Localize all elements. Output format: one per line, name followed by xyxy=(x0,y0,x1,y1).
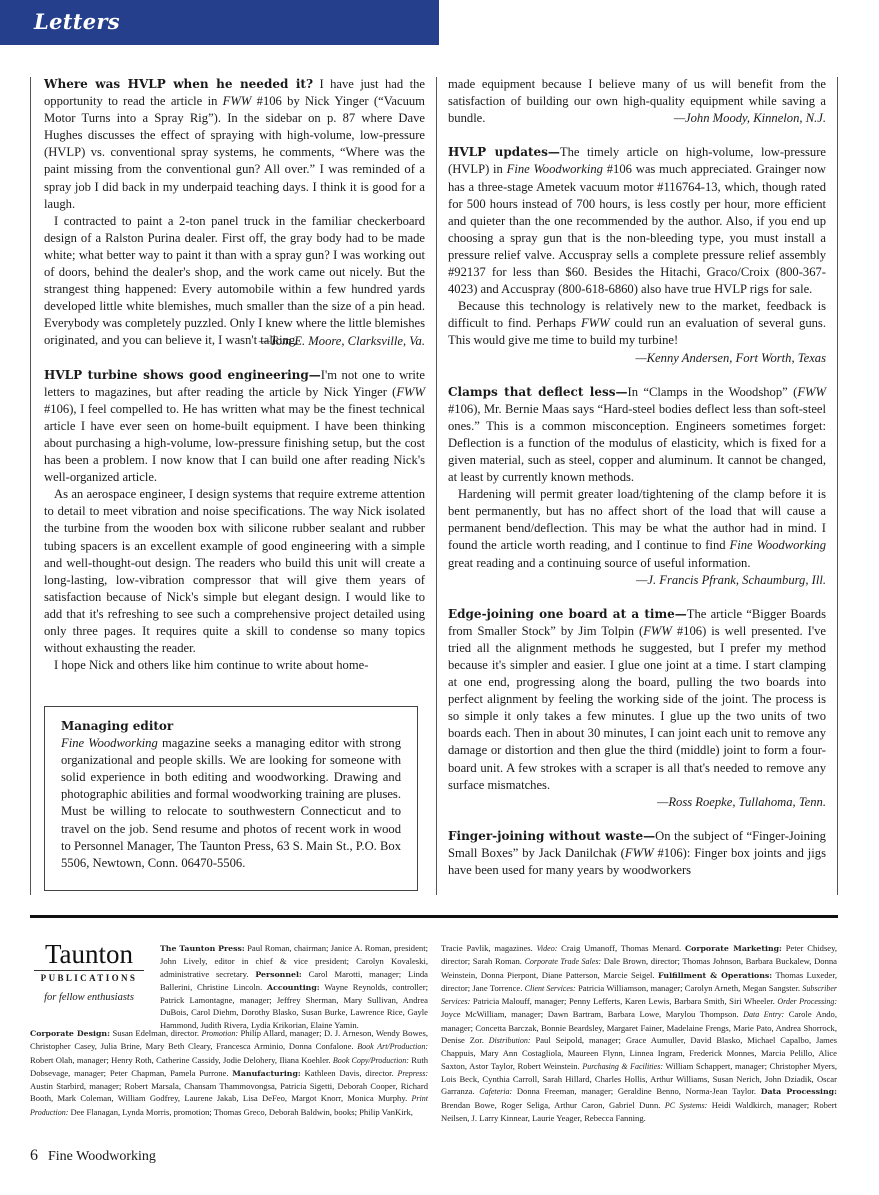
taunton-logo: Taunton PUBLICATIONS for fellow enthusia… xyxy=(30,940,148,1003)
letter-paragraph: As an aerospace engineer, I design syste… xyxy=(44,486,425,657)
letter-headline: Finger-joining without waste— xyxy=(448,829,655,843)
right-column: made equipment because I believe many of… xyxy=(448,76,826,896)
masthead-left: The Taunton Press: Paul Roman, chairman;… xyxy=(160,942,428,1010)
left-column: Where was HVLP when he needed it? I have… xyxy=(44,76,425,691)
page-number: 6 xyxy=(30,1147,38,1164)
logo-tagline: for fellow enthusiasts xyxy=(30,992,148,1003)
letter-headline: HVLP turbine shows good engineering— xyxy=(44,368,321,382)
publication-name: Fine Woodworking xyxy=(48,1149,156,1164)
left-column-rule xyxy=(30,77,31,895)
section-title: Letters xyxy=(34,9,120,34)
letter-continuation: made equipment because I believe many of… xyxy=(448,76,826,127)
masthead-left-wide: Corporate Design: Susan Edelman, directo… xyxy=(30,1027,428,1119)
letter-signature: —John Moody, Kinnelon, N.J. xyxy=(448,110,826,127)
letter-signature: —J. Francis Pfrank, Schaumburg, Ill. xyxy=(448,572,826,589)
managing-editor-ad-box: Managing editor Fine Woodworking magazin… xyxy=(44,706,418,891)
ad-title: Managing editor xyxy=(61,718,401,735)
center-column-rule xyxy=(436,77,437,895)
page-folio: 6Fine Woodworking xyxy=(30,1147,156,1165)
letter-signature: —Kenny Andersen, Fort Worth, Texas xyxy=(448,350,826,367)
letter-where-was-hvlp: Where was HVLP when he needed it? I have… xyxy=(44,76,425,350)
letter-clamps: Clamps that deflect less—In “Clamps in t… xyxy=(448,384,826,589)
letter-headline: Clamps that deflect less— xyxy=(448,385,628,399)
section-header-bar: Letters xyxy=(0,0,439,45)
letter-edge-joining: Edge-joining one board at a time—The art… xyxy=(448,606,826,811)
masthead-right: Tracie Pavlik, magazines. Video: Craig U… xyxy=(441,942,837,1124)
letter-headline: HVLP updates— xyxy=(448,145,560,159)
right-column-rule xyxy=(837,77,838,895)
letter-finger-joining: Finger-joining without waste—On the subj… xyxy=(448,828,826,879)
letter-paragraph: I hope Nick and others like him continue… xyxy=(44,657,425,674)
letter-signature: —Ross Roepke, Tullahoma, Tenn. xyxy=(448,794,826,811)
letter-hvlp-turbine: HVLP turbine shows good engineering—I'm … xyxy=(44,367,425,675)
logo-subtitle: PUBLICATIONS xyxy=(34,970,144,983)
masthead-divider xyxy=(30,915,838,918)
ad-body: Fine Woodworking magazine seeks a managi… xyxy=(61,735,401,872)
logo-name: Taunton xyxy=(30,940,148,968)
letter-headline: Where was HVLP when he needed it? xyxy=(44,77,313,91)
letter-hvlp-updates: HVLP updates—The timely article on high-… xyxy=(448,144,826,366)
letter-paragraph: I contracted to paint a 2-ton panel truc… xyxy=(44,213,425,350)
letter-headline: Edge-joining one board at a time— xyxy=(448,607,687,621)
